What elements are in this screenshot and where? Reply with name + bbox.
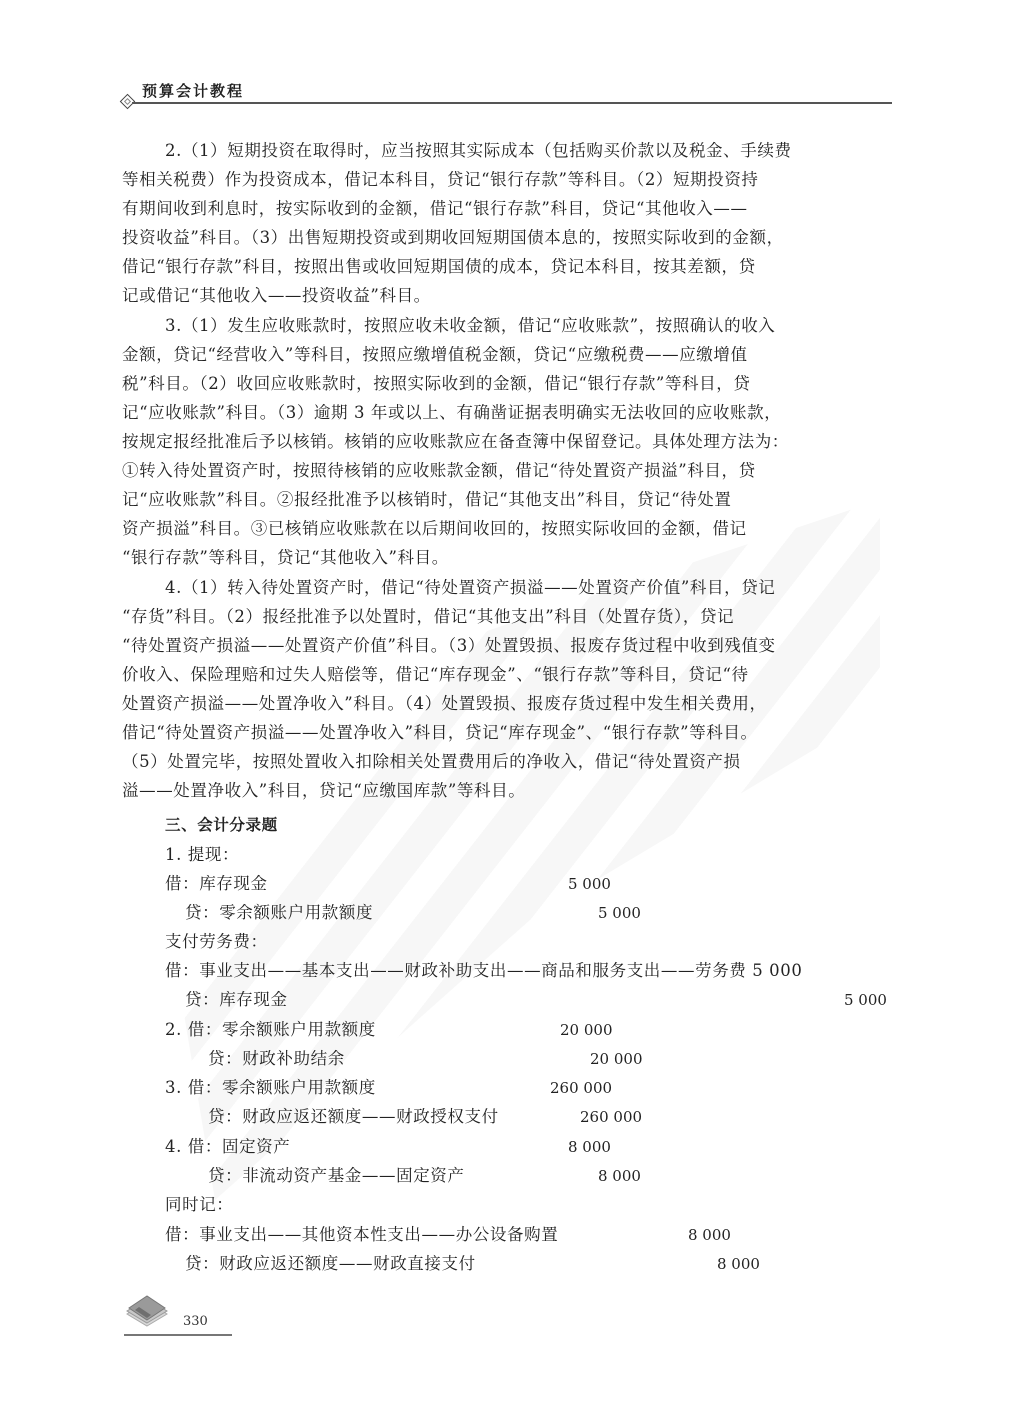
entry-amount: 8 000 bbox=[688, 1224, 731, 1246]
text-line: 4.（1）转入待处置资产时，借记“待处置资产损溢——处置资产价值”科目，贷记 bbox=[165, 577, 775, 599]
text-line: 3.（1）发生应收账款时，按照应收未收金额，借记“应收账款”，按照确认的收入 bbox=[165, 315, 775, 337]
text-line: 金额，贷记“经营收入”等科目，按照应缴增值税金额，贷记“应缴税费——应缴增值 bbox=[122, 344, 748, 366]
entry-line: 4. 借：固定资产 bbox=[165, 1136, 290, 1158]
entry-line: 3. 借：零余额账户用款额度 bbox=[165, 1077, 376, 1099]
entry-amount: 8 000 bbox=[598, 1165, 641, 1187]
text-line: ①转入待处置资产时，按照待核销的应收账款金额，借记“待处置资产损溢”科目，贷 bbox=[122, 460, 756, 482]
entry-amount: 20 000 bbox=[590, 1048, 643, 1070]
entry-amount: 8 000 bbox=[568, 1136, 611, 1158]
entry-line: 2. 借：零余额账户用款额度 bbox=[165, 1019, 376, 1041]
book-title: 预算会计教程 bbox=[142, 80, 244, 101]
text-line: （5）处置完毕，按照处置收入扣除相关处置费用后的净收入，借记“待处置资产损 bbox=[122, 751, 741, 773]
entry-line: 同时记： bbox=[165, 1194, 233, 1216]
text-line: 溢——处置净收入”科目，贷记“应缴国库款”等科目。 bbox=[122, 780, 525, 802]
text-line: 税”科目。（2）收回应收账款时，按照实际收到的金额，借记“银行存款”等科目，贷 bbox=[122, 373, 750, 395]
entry-amount: 8 000 bbox=[717, 1253, 760, 1275]
entry-line: 贷：财政应返还额度——财政直接支付 bbox=[185, 1253, 476, 1275]
text-line: “存货”科目。（2）报经批准予以处置时，借记“其他支出”科目（处置存货），贷记 bbox=[122, 606, 734, 628]
entry-line: 贷：非流动资产基金——固定资产 bbox=[208, 1165, 465, 1187]
section-heading: 三、会计分录题 bbox=[165, 814, 278, 836]
header-rule bbox=[132, 102, 892, 104]
text-line: 处置资产损溢——处置净收入”科目。（4）处置毁损、报废存货过程中发生相关费用， bbox=[122, 693, 767, 715]
text-line: 记“应收账款”科目。②报经批准予以核销时，借记“其他支出”科目，贷记“待处置 bbox=[122, 489, 731, 511]
entry-line: 借：库存现金 bbox=[165, 873, 268, 895]
entry-line: 支付劳务费： bbox=[165, 931, 268, 953]
entry-amount: 5 000 bbox=[844, 989, 887, 1011]
text-line: 记或借记“其他收入——投资收益”科目。 bbox=[122, 285, 431, 307]
entry-line: 贷：库存现金 bbox=[185, 989, 288, 1011]
entry-amount: 5 000 bbox=[598, 902, 641, 924]
running-header: 预算会计教程 bbox=[122, 78, 892, 108]
entry-line: 1. 提现： bbox=[165, 844, 239, 866]
text-line: 按规定报经批准后予以核销。核销的应收账款应在备查簿中保留登记。具体处理方法为： bbox=[122, 431, 789, 453]
page-number: 330 bbox=[183, 1314, 208, 1329]
text-line: “待处置资产损溢——处置资产价值”科目。（3）处置毁损、报废存货过程中收到残值变 bbox=[122, 635, 776, 657]
text-line: 借记“银行存款”科目，按照出售或收回短期国债的成本，贷记本科目，按其差额，贷 bbox=[122, 256, 756, 278]
book-stack-icon bbox=[125, 1294, 169, 1334]
text-line: 资产损溢”科目。③已核销应收账款在以后期间收回的，按照实际收回的金额，借记 bbox=[122, 518, 747, 540]
entry-amount: 5 000 bbox=[568, 873, 611, 895]
text-line: 记“应收账款”科目。（3）逾期 3 年或以上、有确凿证据表明确实无法收回的应收账… bbox=[122, 402, 781, 424]
text-line: 借记“待处置资产损溢——处置净收入”科目，贷记“库存现金”、“银行存款”等科目。 bbox=[122, 722, 758, 744]
entry-line: 借：事业支出——其他资本性支出——办公设备购置 bbox=[165, 1224, 558, 1246]
entry-line: 贷：零余额账户用款额度 bbox=[185, 902, 373, 924]
entry-amount: 20 000 bbox=[560, 1019, 613, 1041]
text-line: 投资收益”科目。（3）出售短期投资或到期收回短期国债本息的，按照实际收到的金额， bbox=[122, 227, 784, 249]
text-line: 2.（1）短期投资在取得时，应当按照其实际成本（包括购买价款以及税金、手续费 bbox=[165, 140, 792, 162]
text-line: 有期间收到利息时，按实际收到的金额，借记“银行存款”科目，贷记“其他收入—— bbox=[122, 198, 748, 220]
entry-line: 借：事业支出——基本支出——财政补助支出——商品和服务支出——劳务费 5 000 bbox=[165, 960, 802, 982]
entry-line: 贷：财政应返还额度——财政授权支付 bbox=[208, 1106, 499, 1128]
text-line: 等相关税费）作为投资成本，借记本科目，贷记“银行存款”等科目。（2）短期投资持 bbox=[122, 169, 759, 191]
entry-amount: 260 000 bbox=[580, 1106, 642, 1128]
entry-amount: 260 000 bbox=[550, 1077, 612, 1099]
text-line: “银行存款”等科目，贷记“其他收入”科目。 bbox=[122, 547, 449, 569]
entry-line: 贷：财政补助结余 bbox=[208, 1048, 345, 1070]
text-line: 价收入、保险理赔和过失人赔偿等，借记“库存现金”、“银行存款”等科目，贷记“待 bbox=[122, 664, 749, 686]
footer-rule bbox=[124, 1334, 232, 1336]
